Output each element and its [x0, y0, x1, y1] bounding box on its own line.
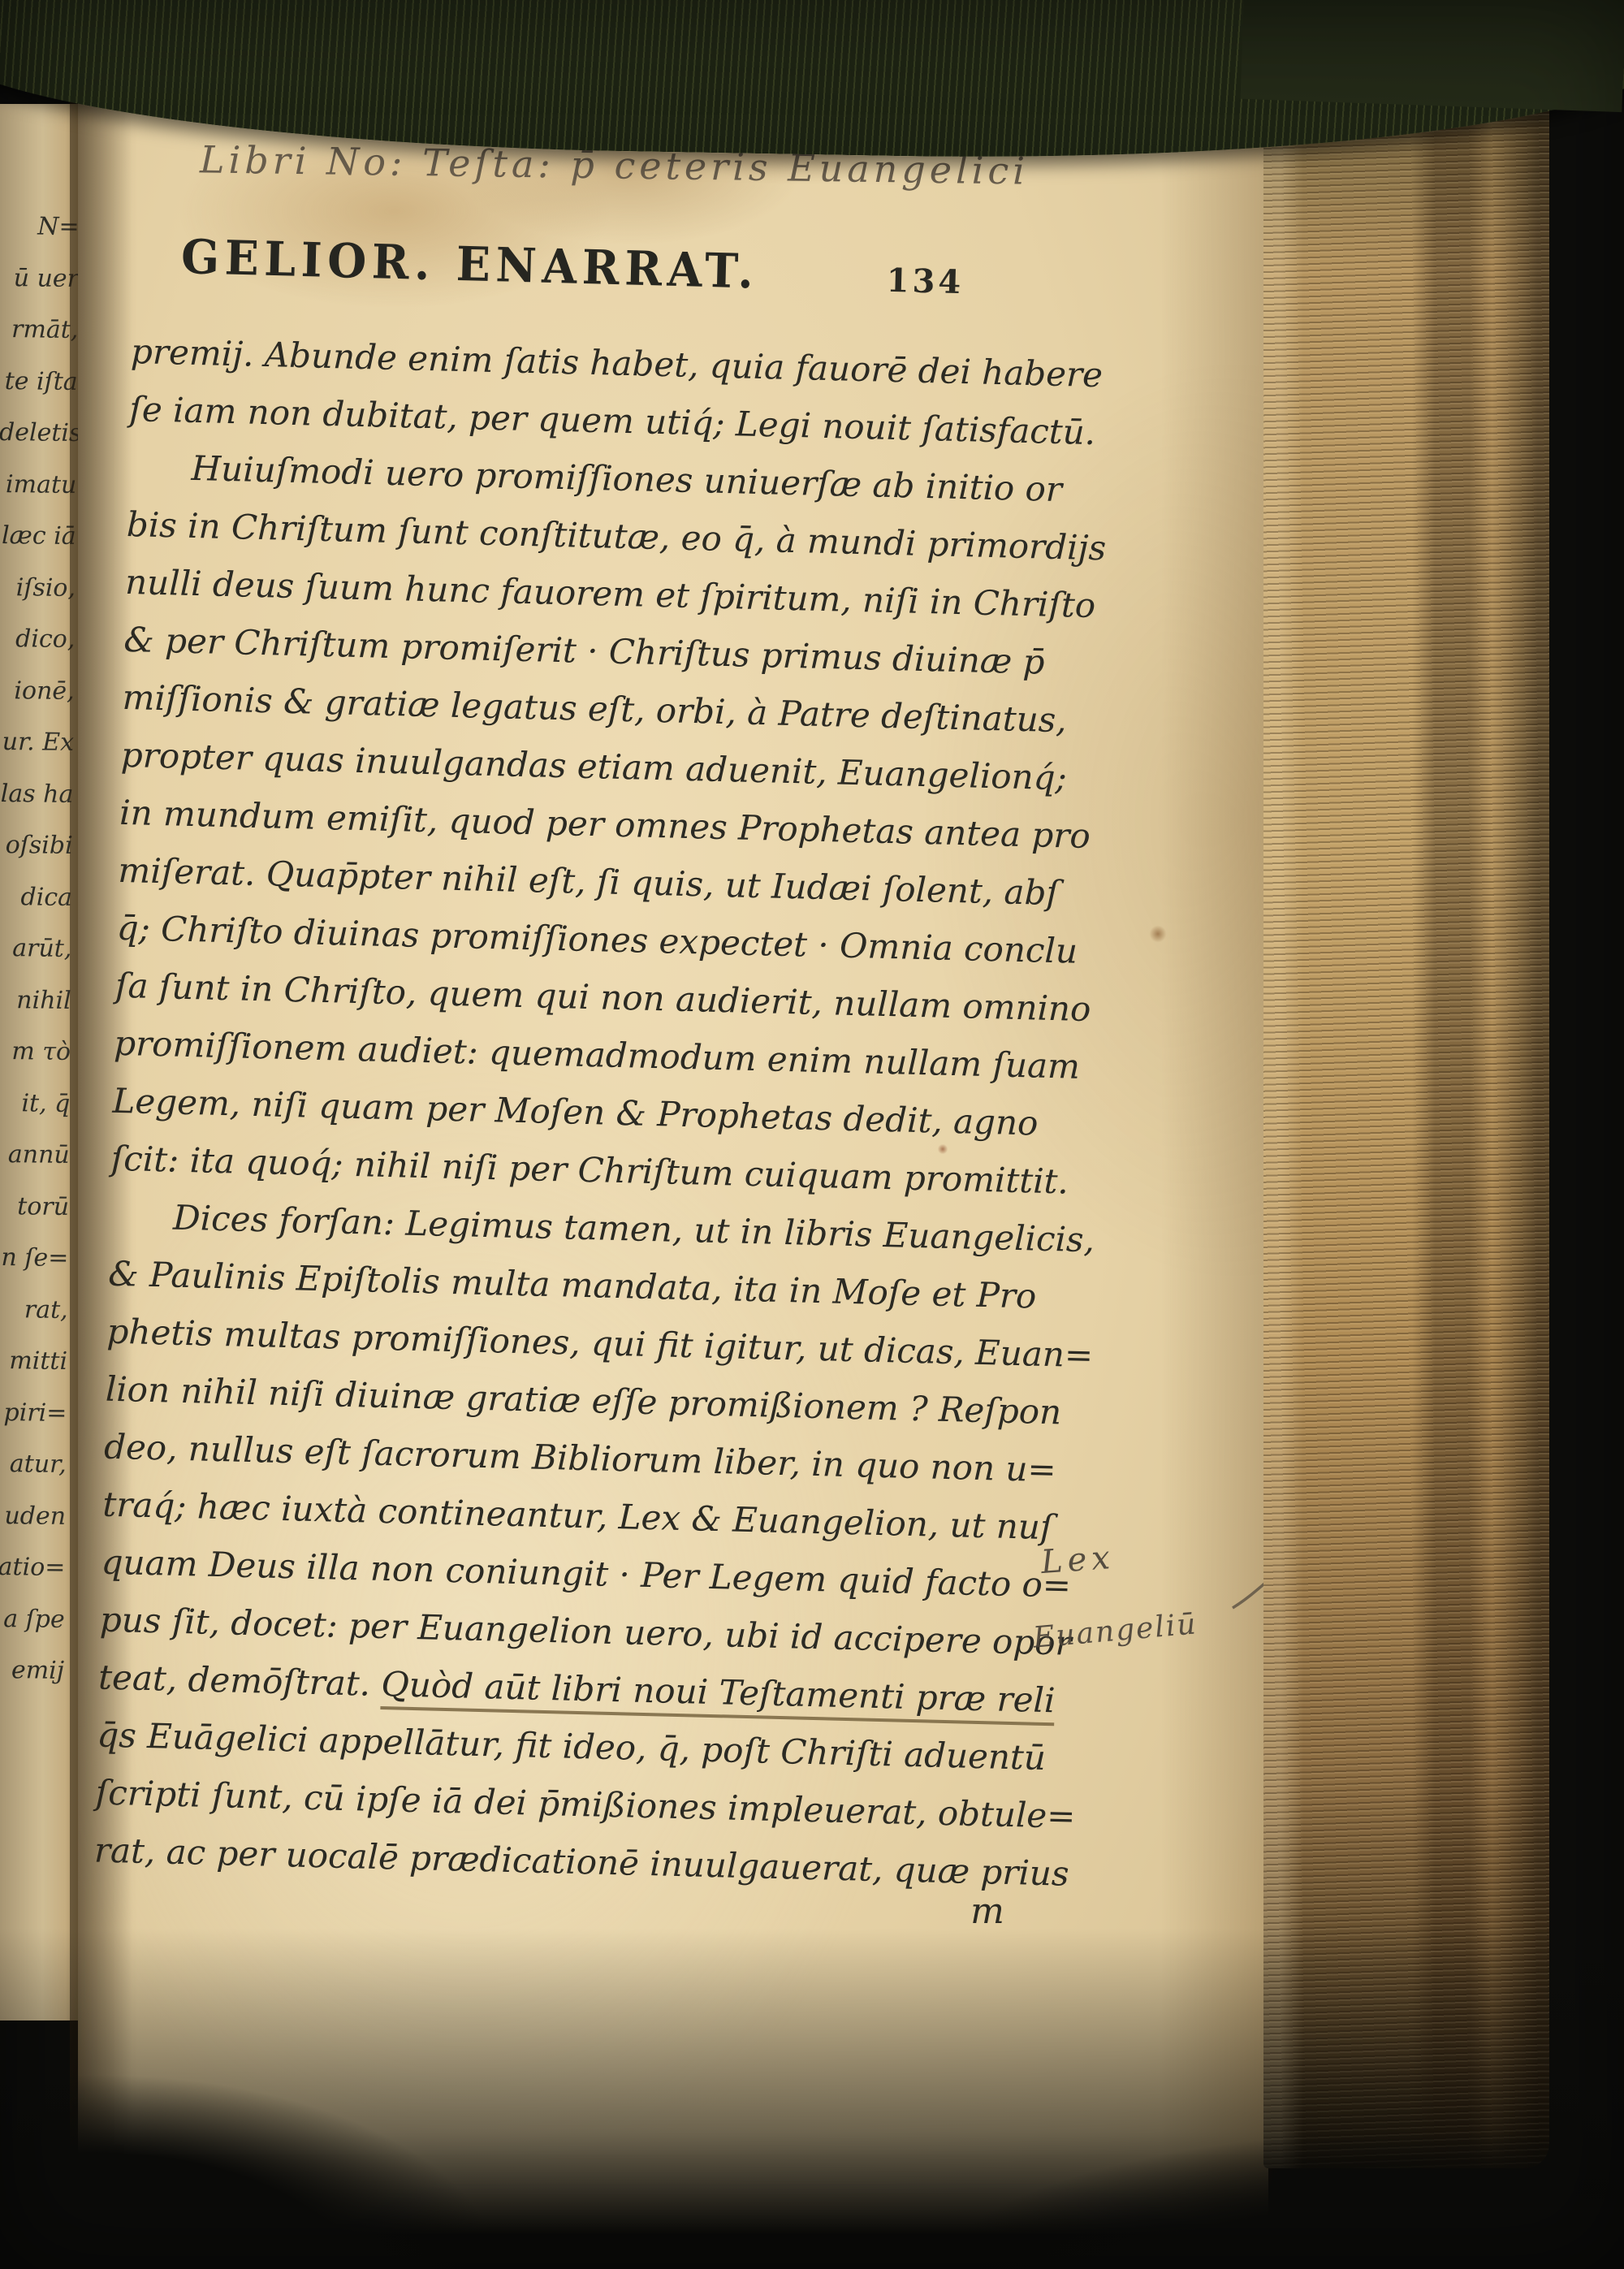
fragment: ū uer	[1, 252, 80, 305]
fragment: uden	[0, 1489, 66, 1542]
fragment: atur,	[0, 1438, 67, 1491]
fragment: mitti	[0, 1335, 67, 1388]
fragment: n ſe=	[0, 1232, 69, 1285]
book-fore-edge	[1263, 24, 1549, 2168]
fragment: deletis	[0, 407, 77, 460]
fragment: atio=	[0, 1541, 66, 1594]
fragment: it, q̄	[0, 1077, 71, 1130]
text-segment: teat, demōſtrat.	[98, 1657, 382, 1704]
book-cover-corner	[1241, 0, 1624, 112]
fragment: rat,	[0, 1283, 68, 1336]
marginal-note-lex: Lex	[1040, 1539, 1116, 1581]
fragment: iſsio,	[0, 561, 76, 614]
fragment: m τὸ	[0, 1026, 71, 1078]
running-title: GELIOR. ENARRAT.	[180, 229, 759, 300]
fragment: las ha	[0, 767, 74, 820]
fragment: dico,	[0, 613, 76, 666]
fragment: arūt,	[0, 923, 72, 975]
body-text: premij. Abunde enim ſatis habet, quia fa…	[93, 322, 1073, 1902]
fragment: te iſta	[0, 355, 78, 408]
previous-page-edge: N= ū uer rmāt, te iſta deletis imatu læc…	[0, 104, 84, 2020]
previous-page-text-fragments: N= ū uer rmāt, te iſta deletis imatu læc…	[0, 201, 80, 1696]
fragment: torū	[0, 1180, 69, 1233]
fragment: dica	[0, 871, 72, 923]
fragment: piri=	[0, 1386, 67, 1439]
fragment: oſsibi	[0, 819, 73, 872]
fragment: N=	[1, 201, 80, 253]
catchword: m	[939, 1891, 1036, 1932]
fragment: nihil	[0, 974, 71, 1026]
fragment: a ſpe	[0, 1593, 65, 1645]
fragment: rmāt,	[0, 304, 79, 357]
book-page: Libri No: Teſta: p̄ ceteris Euangelici G…	[78, 49, 1268, 2269]
fragment: ur. Ex	[0, 716, 74, 769]
book-photo: N= ū uer rmāt, te iſta deletis imatu læc…	[0, 0, 1624, 2269]
fragment: ionē,	[0, 664, 75, 717]
page-number: 134	[886, 261, 965, 301]
fragment: læc iā	[0, 510, 76, 563]
fragment: emij	[0, 1644, 64, 1697]
fragment: imatu	[0, 458, 77, 511]
fragment: annū	[0, 1129, 70, 1182]
running-head: GELIOR. ENARRAT.134	[180, 229, 1074, 308]
